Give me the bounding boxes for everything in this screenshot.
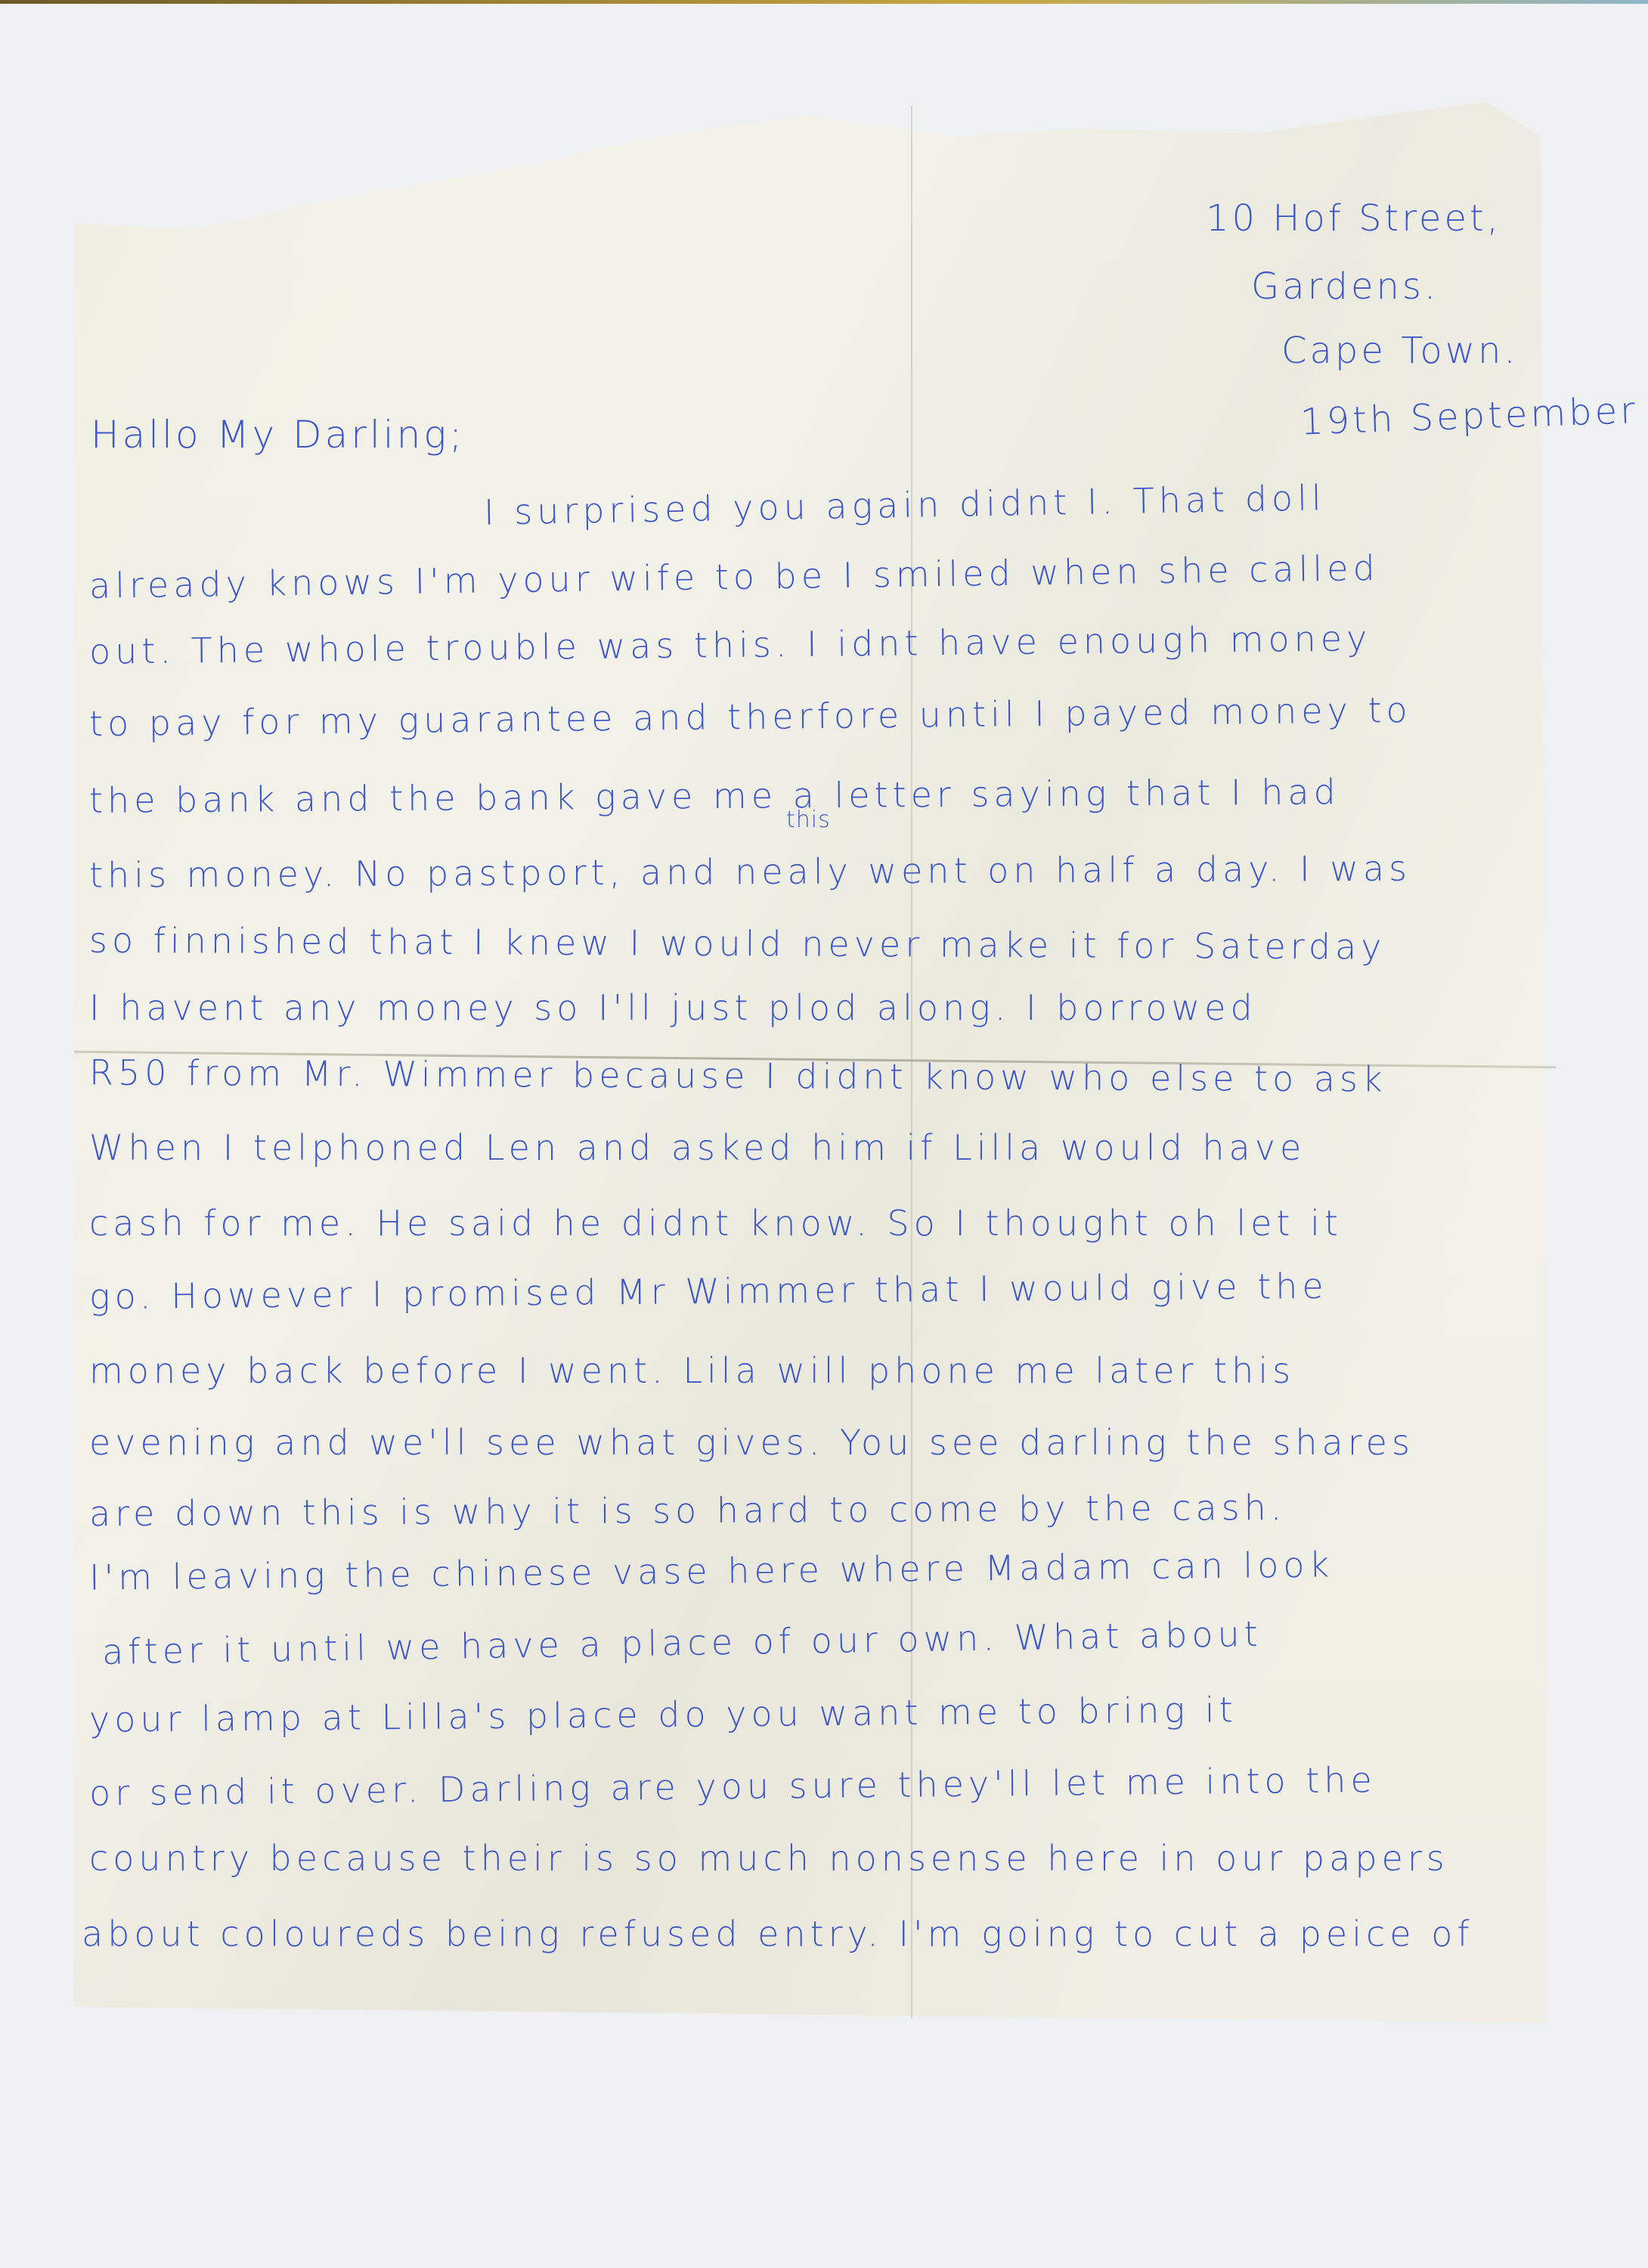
body-line-8: I havent any money so I'll just plod alo… bbox=[89, 990, 1257, 1025]
insertion-this: this bbox=[786, 809, 831, 832]
body-line-13: money back before I went. Lila will phon… bbox=[89, 1353, 1295, 1388]
body-line-15: are down this is why it is so hard to co… bbox=[89, 1490, 1287, 1531]
body-line-5: the bank and the bank gave me a letter s… bbox=[89, 774, 1340, 818]
body-line-7: so finnished that I knew I would never m… bbox=[89, 923, 1386, 965]
body-line-20: country because their is so much nonsens… bbox=[89, 1841, 1449, 1876]
body-line-21: about coloureds being refused entry. I'm… bbox=[82, 1916, 1474, 1951]
body-line-14: evening and we'll see what gives. You se… bbox=[89, 1425, 1414, 1460]
body-line-6: this money. No pastport, and nealy went … bbox=[89, 850, 1411, 892]
body-line-10: When I telphoned Len and asked him if Li… bbox=[89, 1130, 1306, 1165]
address-suburb: Gardens. bbox=[1251, 268, 1439, 305]
address-street: 10 Hof Street, bbox=[1206, 200, 1501, 237]
salutation: Hallo My Darling; bbox=[91, 416, 465, 454]
body-line-9: R50 from Mr. Wimmer because I didnt know… bbox=[89, 1055, 1387, 1097]
body-line-12: go. However I promised Mr Wimmer that I … bbox=[89, 1269, 1328, 1314]
body-line-18: your lamp at Lilla's place do you want m… bbox=[89, 1692, 1238, 1737]
scanner-edge-strip bbox=[0, 0, 1648, 4]
body-line-11: cash for me. He said he didnt know. So I… bbox=[89, 1206, 1343, 1241]
address-city: Cape Town. bbox=[1281, 333, 1519, 369]
